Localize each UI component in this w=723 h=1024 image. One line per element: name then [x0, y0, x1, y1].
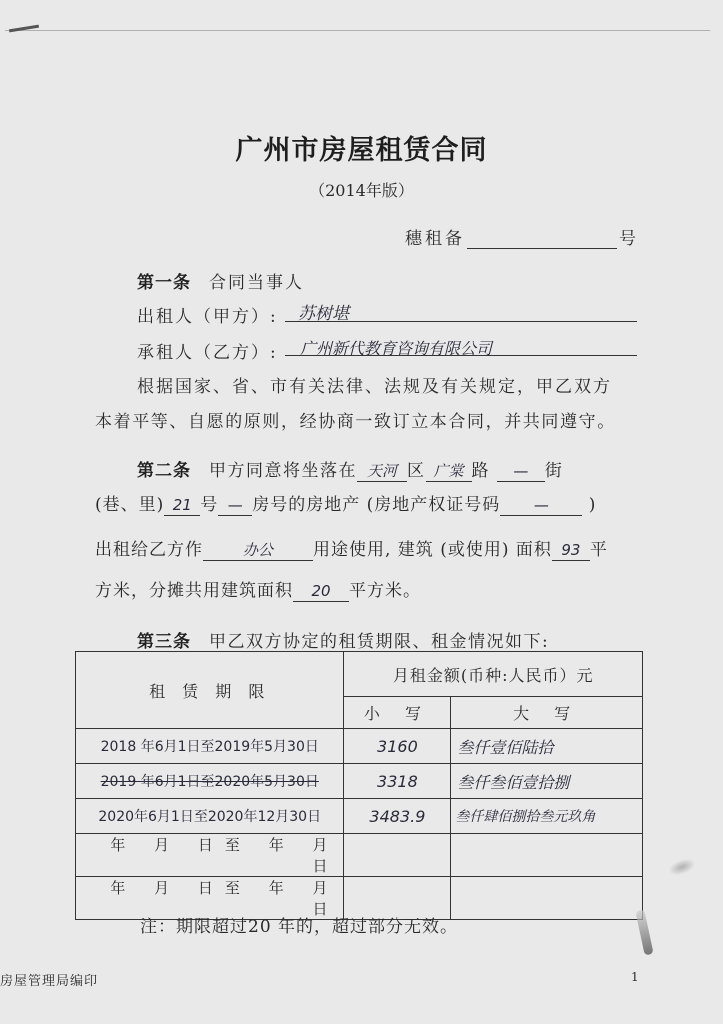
cert-number-value: —	[534, 496, 549, 514]
page-number: 1	[631, 970, 639, 984]
lessee-underline	[285, 355, 637, 356]
cert-number-field: —	[500, 495, 582, 516]
rent-small-cell: 3318	[344, 764, 451, 799]
district-field: 天河	[357, 460, 407, 482]
table-row: 2019 年6月1日至2020年5月30日 3318 叁仟叁佰壹拾捌	[76, 764, 643, 799]
road-field: 广棠	[426, 460, 472, 482]
period-cell: 2018 年6月1日至2019年5月30日	[76, 729, 344, 764]
period-cell: 年 月 日至 年 月 日	[76, 834, 344, 877]
article3-note: 注：期限超过20 年的，超过部分无效。	[140, 912, 458, 937]
column-header-small: 小 写	[344, 697, 451, 729]
area-field: 93	[552, 540, 590, 561]
building-number-value: 21	[173, 496, 192, 514]
rent-schedule-table: 租 赁 期 限 月租金额(币种:人民币）元 小 写 大 写 2018 年6月1日…	[75, 651, 643, 920]
article2-line1: 第二条甲方同意将坐落在天河区广棠路 —街	[137, 456, 563, 482]
document-edition: （2014年版）	[0, 178, 723, 201]
scan-smudge	[666, 856, 697, 879]
rent-small-cell: 3160	[344, 729, 451, 764]
article3-heading-line: 第三条甲乙双方协定的租赁期限、租金情况如下:	[137, 627, 549, 652]
article2-line2: (巷、里)21号—房号的房地产 (房地产权证号码— )	[95, 490, 596, 516]
column-header-large: 大 写	[451, 697, 643, 729]
article2-text: 用途使用, 建筑 (或使用) 面积	[313, 540, 552, 560]
district-value: 天河	[367, 462, 397, 480]
rent-large-cell: 叁仟叁佰壹拾捌	[451, 764, 643, 799]
article2-text: (巷、里)	[95, 495, 164, 515]
article3-heading-text: 甲乙双方协定的租赁期限、租金情况如下:	[209, 632, 549, 652]
filing-number-field	[467, 232, 617, 249]
room-field: —	[218, 495, 252, 516]
article2-text: )	[589, 495, 597, 515]
shared-area-field: 20	[293, 581, 349, 602]
rent-large-cell	[451, 834, 643, 877]
filing-suffix: 号	[619, 229, 639, 249]
document-title: 广州市房屋租赁合同	[0, 128, 723, 167]
period-cell: 2020年6月1日至2020年12月30日	[76, 799, 344, 834]
article2-line3: 出租给乙方作办公用途使用, 建筑 (或使用) 面积93平	[95, 535, 608, 561]
article1-paragraph-line1: 根据国家、省、市有关法律、法规及有关规定，甲乙双方	[137, 372, 612, 397]
road-value: 广棠	[433, 462, 463, 480]
lessor-label: 出租人（甲方）:	[137, 302, 278, 327]
room-value: —	[228, 496, 243, 514]
article2-heading: 第二条	[137, 461, 191, 481]
article2-text: 方米，分摊共用建筑面积	[95, 581, 293, 601]
footer-publisher: 房屋管理局编印	[0, 970, 98, 989]
filing-number-line: 穗租备号	[405, 224, 639, 249]
column-header-rent: 月租金额(币种:人民币）元	[344, 652, 643, 697]
article1-paragraph-line2: 本着平等、自愿的原则，经协商一致订立本合同，并共同遵守。	[95, 407, 616, 432]
article1-heading-line: 第一条合同当事人	[137, 268, 304, 293]
article2-text: 区	[407, 461, 426, 481]
article2-text: 平方米。	[349, 581, 421, 601]
rent-small-cell	[344, 834, 451, 877]
scan-mark	[9, 25, 39, 33]
table-row: 2020年6月1日至2020年12月30日 3483.9 叁仟肆佰捌拾叁元玖角	[76, 799, 643, 834]
building-number-field: 21	[164, 495, 200, 516]
usage-value: 办公	[243, 541, 273, 559]
lessor-underline	[285, 321, 637, 322]
article2-text: 平	[590, 540, 608, 560]
area-value: 93	[561, 541, 580, 559]
article2-text: 号	[200, 495, 218, 515]
scan-edge-line	[5, 30, 710, 31]
rent-large-cell: 叁仟肆佰捌拾叁元玖角	[451, 799, 643, 834]
table-row: 2018 年6月1日至2019年5月30日 3160 叁仟壹佰陆拾	[76, 729, 643, 764]
column-header-period: 租 赁 期 限	[76, 652, 344, 729]
table-row: 年 月 日至 年 月 日	[76, 834, 643, 877]
article1-heading: 第一条	[137, 273, 191, 293]
article2-text: 街	[545, 461, 564, 481]
filing-prefix: 穗租备	[405, 229, 465, 249]
article2-text: 出租给乙方作	[95, 540, 203, 560]
table-header-row: 租 赁 期 限 月租金额(币种:人民币）元	[76, 652, 643, 697]
rent-small-cell: 3483.9	[344, 799, 451, 834]
street-field: —	[497, 461, 545, 482]
article2-text: 房号的房地产 (房地产权证号码	[252, 495, 500, 515]
period-cell: 2019 年6月1日至2020年5月30日	[76, 764, 344, 799]
rent-large-cell	[451, 877, 643, 920]
lessee-label: 承租人（乙方）:	[137, 338, 278, 363]
article3-heading: 第三条	[137, 632, 191, 652]
usage-field: 办公	[203, 539, 313, 561]
shared-area-value: 20	[311, 582, 330, 600]
scan-smudge	[635, 910, 653, 956]
rent-large-cell: 叁仟壹佰陆拾	[451, 729, 643, 764]
article2-line4: 方米，分摊共用建筑面积20平方米。	[95, 576, 421, 602]
article1-heading-text: 合同当事人	[209, 273, 304, 293]
street-value: —	[513, 462, 528, 480]
article2-text: 甲方同意将坐落在	[209, 461, 357, 481]
article2-text: 路	[472, 461, 491, 481]
